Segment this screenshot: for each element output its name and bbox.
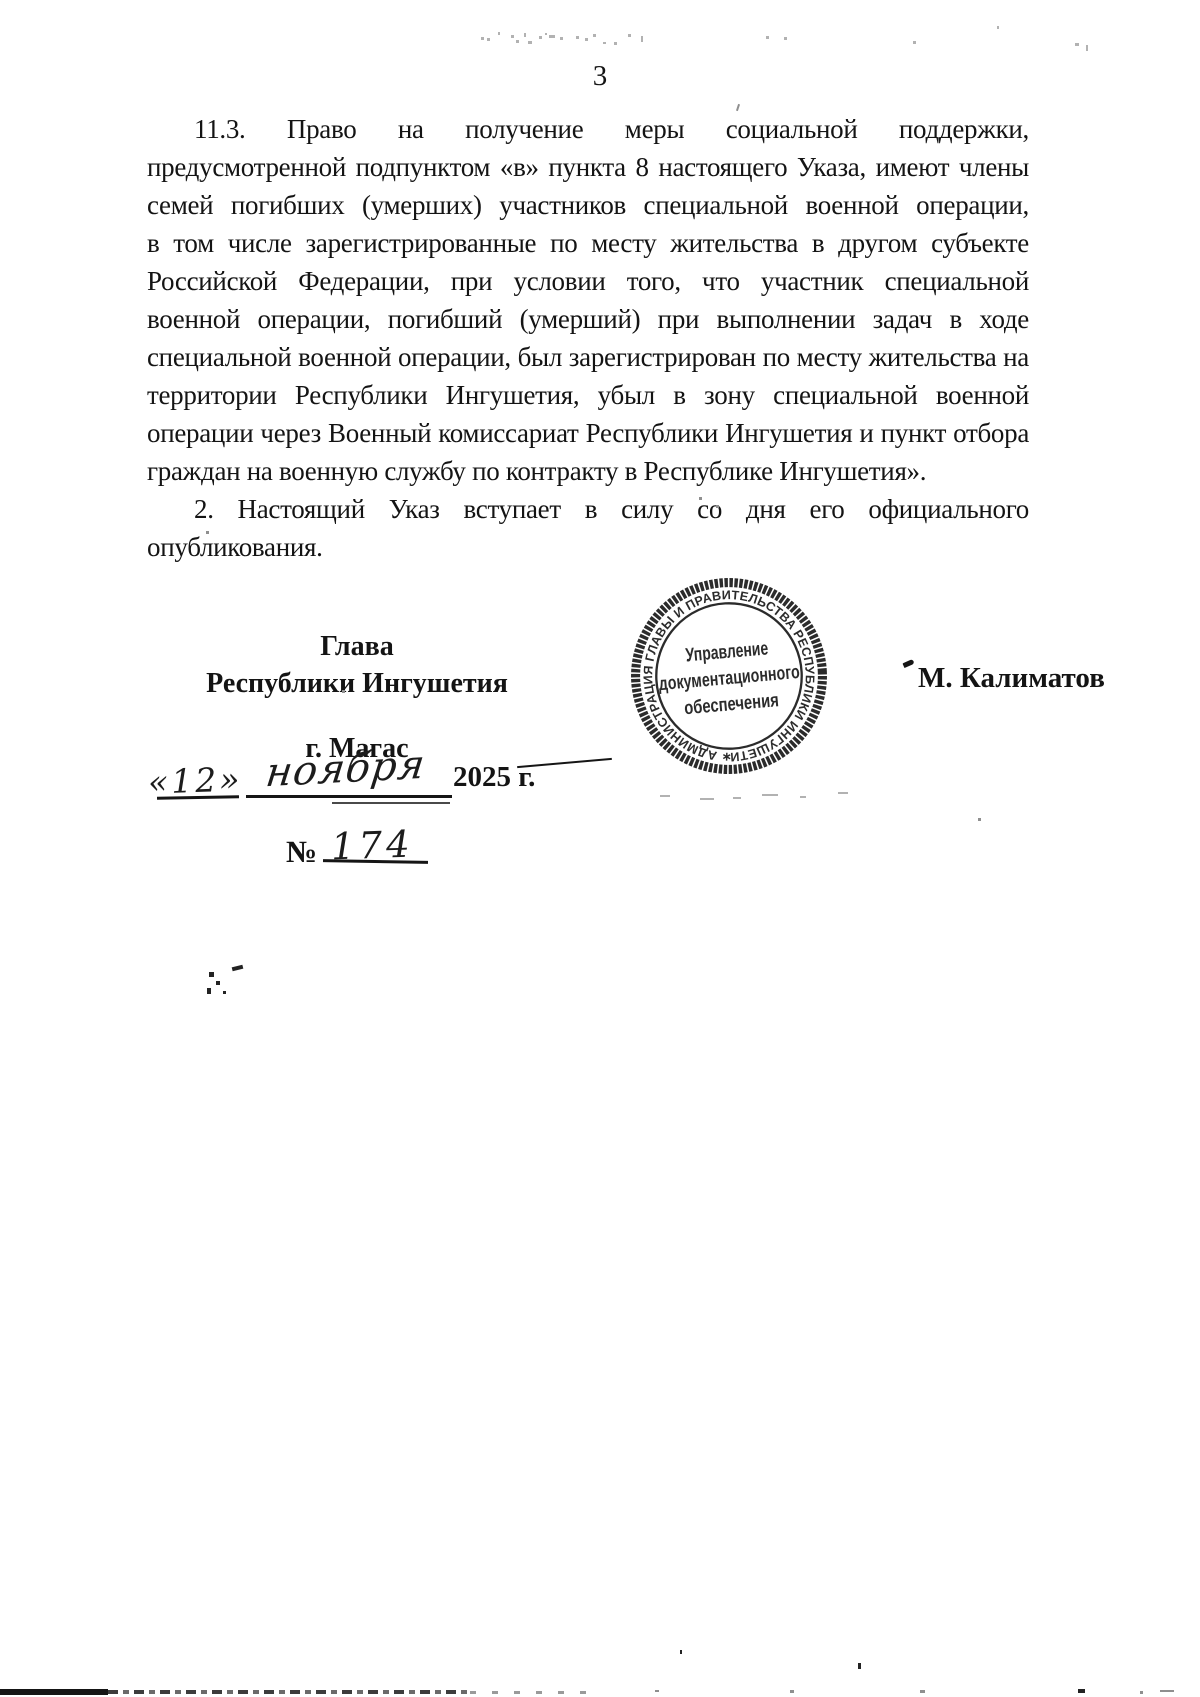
paragraph-2-line: опубликования. [147, 528, 1029, 566]
bottom-edge-dashes-light [470, 1691, 590, 1694]
ink-mark [902, 659, 914, 668]
paragraph-11-3-line: операции через Военный комиссариат Респу… [147, 414, 1029, 452]
handwritten-month: ноября [263, 742, 428, 797]
stamp-center-line2: документационного [658, 662, 801, 695]
paragraph-11-3-line: в том числе зарегистрированные по месту … [147, 224, 1029, 262]
scanned-decree-page: 3 11.3. Право на получение меры социальн… [0, 0, 1200, 1697]
month-underline [246, 795, 452, 798]
bottom-edge-bar [0, 1689, 108, 1695]
paragraph-11-3-line: предусмотренной подпунктом «в» пункта 8 … [147, 148, 1029, 186]
bottom-edge-dashes [108, 1690, 470, 1694]
signatory-name: М. Калиматов [918, 662, 1105, 695]
date-year: 2025 г. [453, 761, 535, 794]
paragraph-11-3-line: территории Республики Ингушетия, убыл в … [147, 376, 1029, 414]
paragraph-11-3-line: граждан на военную службу по контракту в… [147, 452, 1029, 490]
number-sign-label: № [286, 834, 317, 870]
month-underline-echo [332, 802, 450, 804]
paragraph-11-3-line: 11.3. Право на получение меры социальной… [147, 110, 1029, 148]
signatory-title: Глава Республики Ингушетия [147, 628, 567, 702]
stamp-center-line3: обеспечения [683, 690, 779, 719]
page-number: 3 [0, 60, 1200, 93]
official-round-stamp: ∗ АДМИНИСТРАЦИЯ ГЛАВЫ И ПРАВИТЕЛЬСТВА РЕ… [623, 570, 835, 782]
paragraph-11-3-line: специальной военной операции, был зареги… [147, 338, 1029, 376]
signatory-title-line2: Республики Ингушетия [147, 665, 567, 702]
stamp-center-line1: Управление [685, 638, 770, 666]
decree-body-text: 11.3. Право на получение меры социальной… [147, 110, 1029, 566]
signatory-title-line1: Глава [147, 628, 567, 665]
paragraph-11-3-line: Российской Федерации, при условии того, … [147, 262, 1029, 300]
paragraph-11-3-line: военной операции, погибший (умерший) при… [147, 300, 1029, 338]
paragraph-2-line: 2. Настоящий Указ вступает в силу со дня… [147, 490, 1029, 528]
paragraph-11-3-line: семей погибших (умерших) участников спец… [147, 186, 1029, 224]
